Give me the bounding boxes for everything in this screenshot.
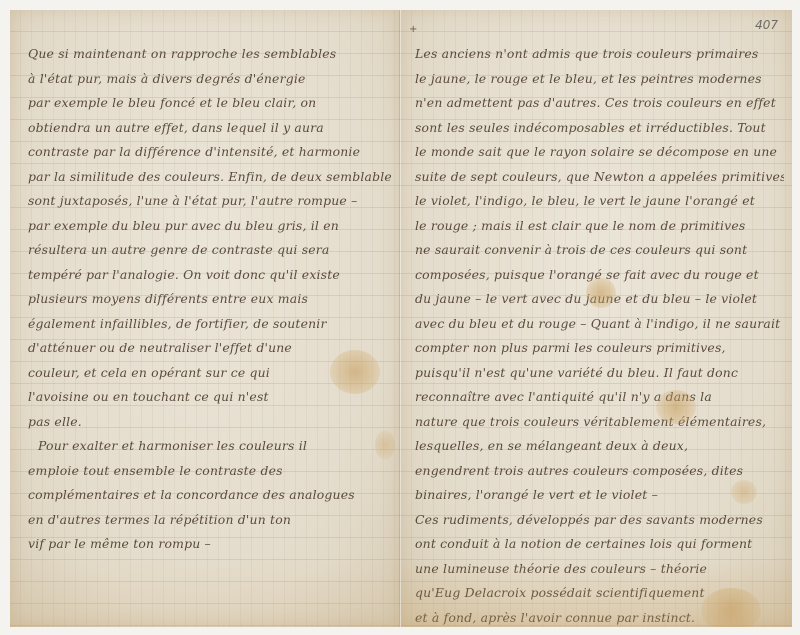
text-line: en d'autres termes la répétition d'un to… [28,508,391,533]
text-line: composées, puisque l'orangé se fait avec… [415,263,784,288]
text-line: d'atténuer ou de neutraliser l'effet d'u… [28,336,391,361]
text-line: Que si maintenant on rapproche les sembl… [28,42,391,67]
text-line: Pour exalter et harmoniser les couleurs … [28,434,391,459]
text-line: également infaillibles, de fortifier, de… [28,312,391,337]
text-line: puisqu'il n'est qu'une variété du bleu. … [415,361,784,386]
text-line: reconnaître avec l'antiquité qu'il n'y a… [415,385,784,410]
right-page: + 407 Les anciens n'ont admis que trois … [400,10,792,627]
manuscript-spread: Que si maintenant on rapproche les sembl… [10,10,792,627]
text-line: résultera un autre genre de contraste qu… [28,238,391,263]
text-line: par la similitude des couleurs. Enfin, d… [28,165,391,190]
text-line: le violet, l'indigo, le bleu, le vert le… [415,189,784,214]
right-page-text: Les anciens n'ont admis que trois couleu… [415,42,784,627]
text-line: contraste par la différence d'intensité,… [28,140,391,165]
text-line: pas elle. [28,410,391,435]
text-line: tempéré par l'analogie. On voit donc qu'… [28,263,391,288]
text-line: avec du bleu et du rouge – Quant à l'ind… [415,312,784,337]
text-line: plusieurs moyens différents entre eux ma… [28,287,391,312]
text-line: Ces rudiments, développés par des savant… [415,508,784,533]
text-line: binaires, l'orangé le vert et le violet … [415,483,784,508]
text-line: Les anciens n'ont admis que trois couleu… [415,42,784,67]
paper-discoloration [10,557,399,627]
text-line: du jaune – le vert avec du jaune et du b… [415,287,784,312]
text-line: couleur, et cela en opérant sur ce qui [28,361,391,386]
folio-number: 407 [755,18,778,32]
paper-discoloration [401,557,792,627]
text-line: sont les seules indécomposables et irréd… [415,116,784,141]
text-line: le jaune, le rouge et le bleu, et les pe… [415,67,784,92]
text-line: sont juxtaposés, l'une à l'état pur, l'a… [28,189,391,214]
left-page-text: Que si maintenant on rapproche les sembl… [28,42,391,557]
text-line: à l'état pur, mais à divers degrés d'éne… [28,67,391,92]
text-line: nature que trois couleurs véritablement … [415,410,784,435]
left-page: Que si maintenant on rapproche les sembl… [10,10,400,627]
cross-mark-icon: + [409,24,417,35]
text-line: engendrent trois autres couleurs composé… [415,459,784,484]
text-line: le rouge ; mais il est clair que le nom … [415,214,784,239]
text-line: l'avoisine ou en touchant ce qui n'est [28,385,391,410]
text-line: ne saurait convenir à trois de ces coule… [415,238,784,263]
text-line: n'en admettent pas d'autres. Ces trois c… [415,91,784,116]
text-line: emploie tout ensemble le contraste des [28,459,391,484]
text-line: vif par le même ton rompu – [28,532,391,557]
text-line: ont conduit à la notion de certaines loi… [415,532,784,557]
text-line: par exemple le bleu foncé et le bleu cla… [28,91,391,116]
text-line: le monde sait que le rayon solaire se dé… [415,140,784,165]
text-line: par exemple du bleu pur avec du bleu gri… [28,214,391,239]
text-line: lesquelles, en se mélangeant deux à deux… [415,434,784,459]
text-line: suite de sept couleurs, que Newton a app… [415,165,784,190]
text-line: obtiendra un autre effet, dans lequel il… [28,116,391,141]
text-line: compter non plus parmi les couleurs prim… [415,336,784,361]
text-line: complémentaires et la concordance des an… [28,483,391,508]
